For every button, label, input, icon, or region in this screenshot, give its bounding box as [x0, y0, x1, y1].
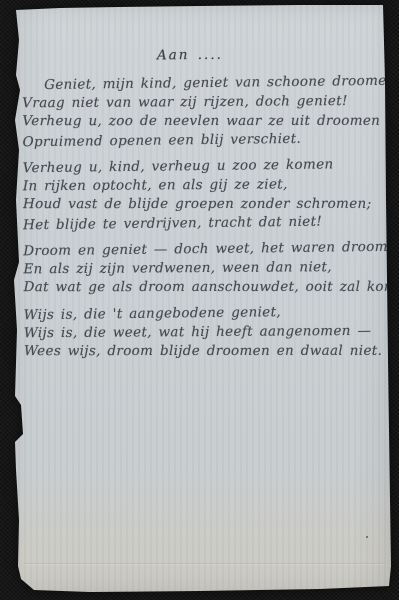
photo-background: Aan .... Geniet, mijn kind, geniet van s…	[0, 0, 399, 600]
manuscript-paper-shadow: Aan .... Geniet, mijn kind, geniet van s…	[0, 0, 399, 600]
manuscript-paper: Aan .... Geniet, mijn kind, geniet van s…	[0, 0, 399, 600]
poem-line: Verheug u, zoo de neevlen waar ze uit dr…	[22, 112, 388, 131]
poem-line: Dat wat ge als droom aanschouwdet, ooit …	[24, 278, 390, 297]
poem-line: Houd vast de blijde groepen zonder schro…	[23, 195, 389, 214]
poem-line: Wees wijs, droom blijde droomen en dwaal…	[24, 342, 390, 361]
poem-stanza-3: Droom en geniet — doch weet, het waren d…	[23, 239, 389, 299]
poem-line: En als zij zijn verdwenen, ween dan niet…	[23, 258, 389, 280]
paper-crease	[24, 563, 385, 565]
poem-line: Vraag niet van waar zij rijzen, doch gen…	[22, 92, 388, 114]
poem-title: Aan ....	[22, 45, 388, 67]
poem-line: Het blijde te verdrijven, tracht dat nie…	[23, 212, 389, 235]
paper-speck	[366, 536, 368, 538]
poem-stanza-1: Geniet, mijn kind, geniet van schoone dr…	[22, 73, 389, 152]
poem-line: Wijs is, die weet, wat hij heeft aangeno…	[24, 322, 390, 344]
poem-stanza-4: Wijs is, die 't aangebodene geniet, Wijs…	[24, 303, 390, 363]
handwritten-poem: Aan .... Geniet, mijn kind, geniet van s…	[22, 45, 390, 370]
poem-line: Opruimend openen een blij verschiet.	[22, 129, 388, 152]
poem-stanza-2: Verheug u, kind, verheug u zoo ze komen …	[23, 156, 390, 235]
poem-line: In rijken optocht, en als gij ze ziet,	[23, 175, 389, 197]
